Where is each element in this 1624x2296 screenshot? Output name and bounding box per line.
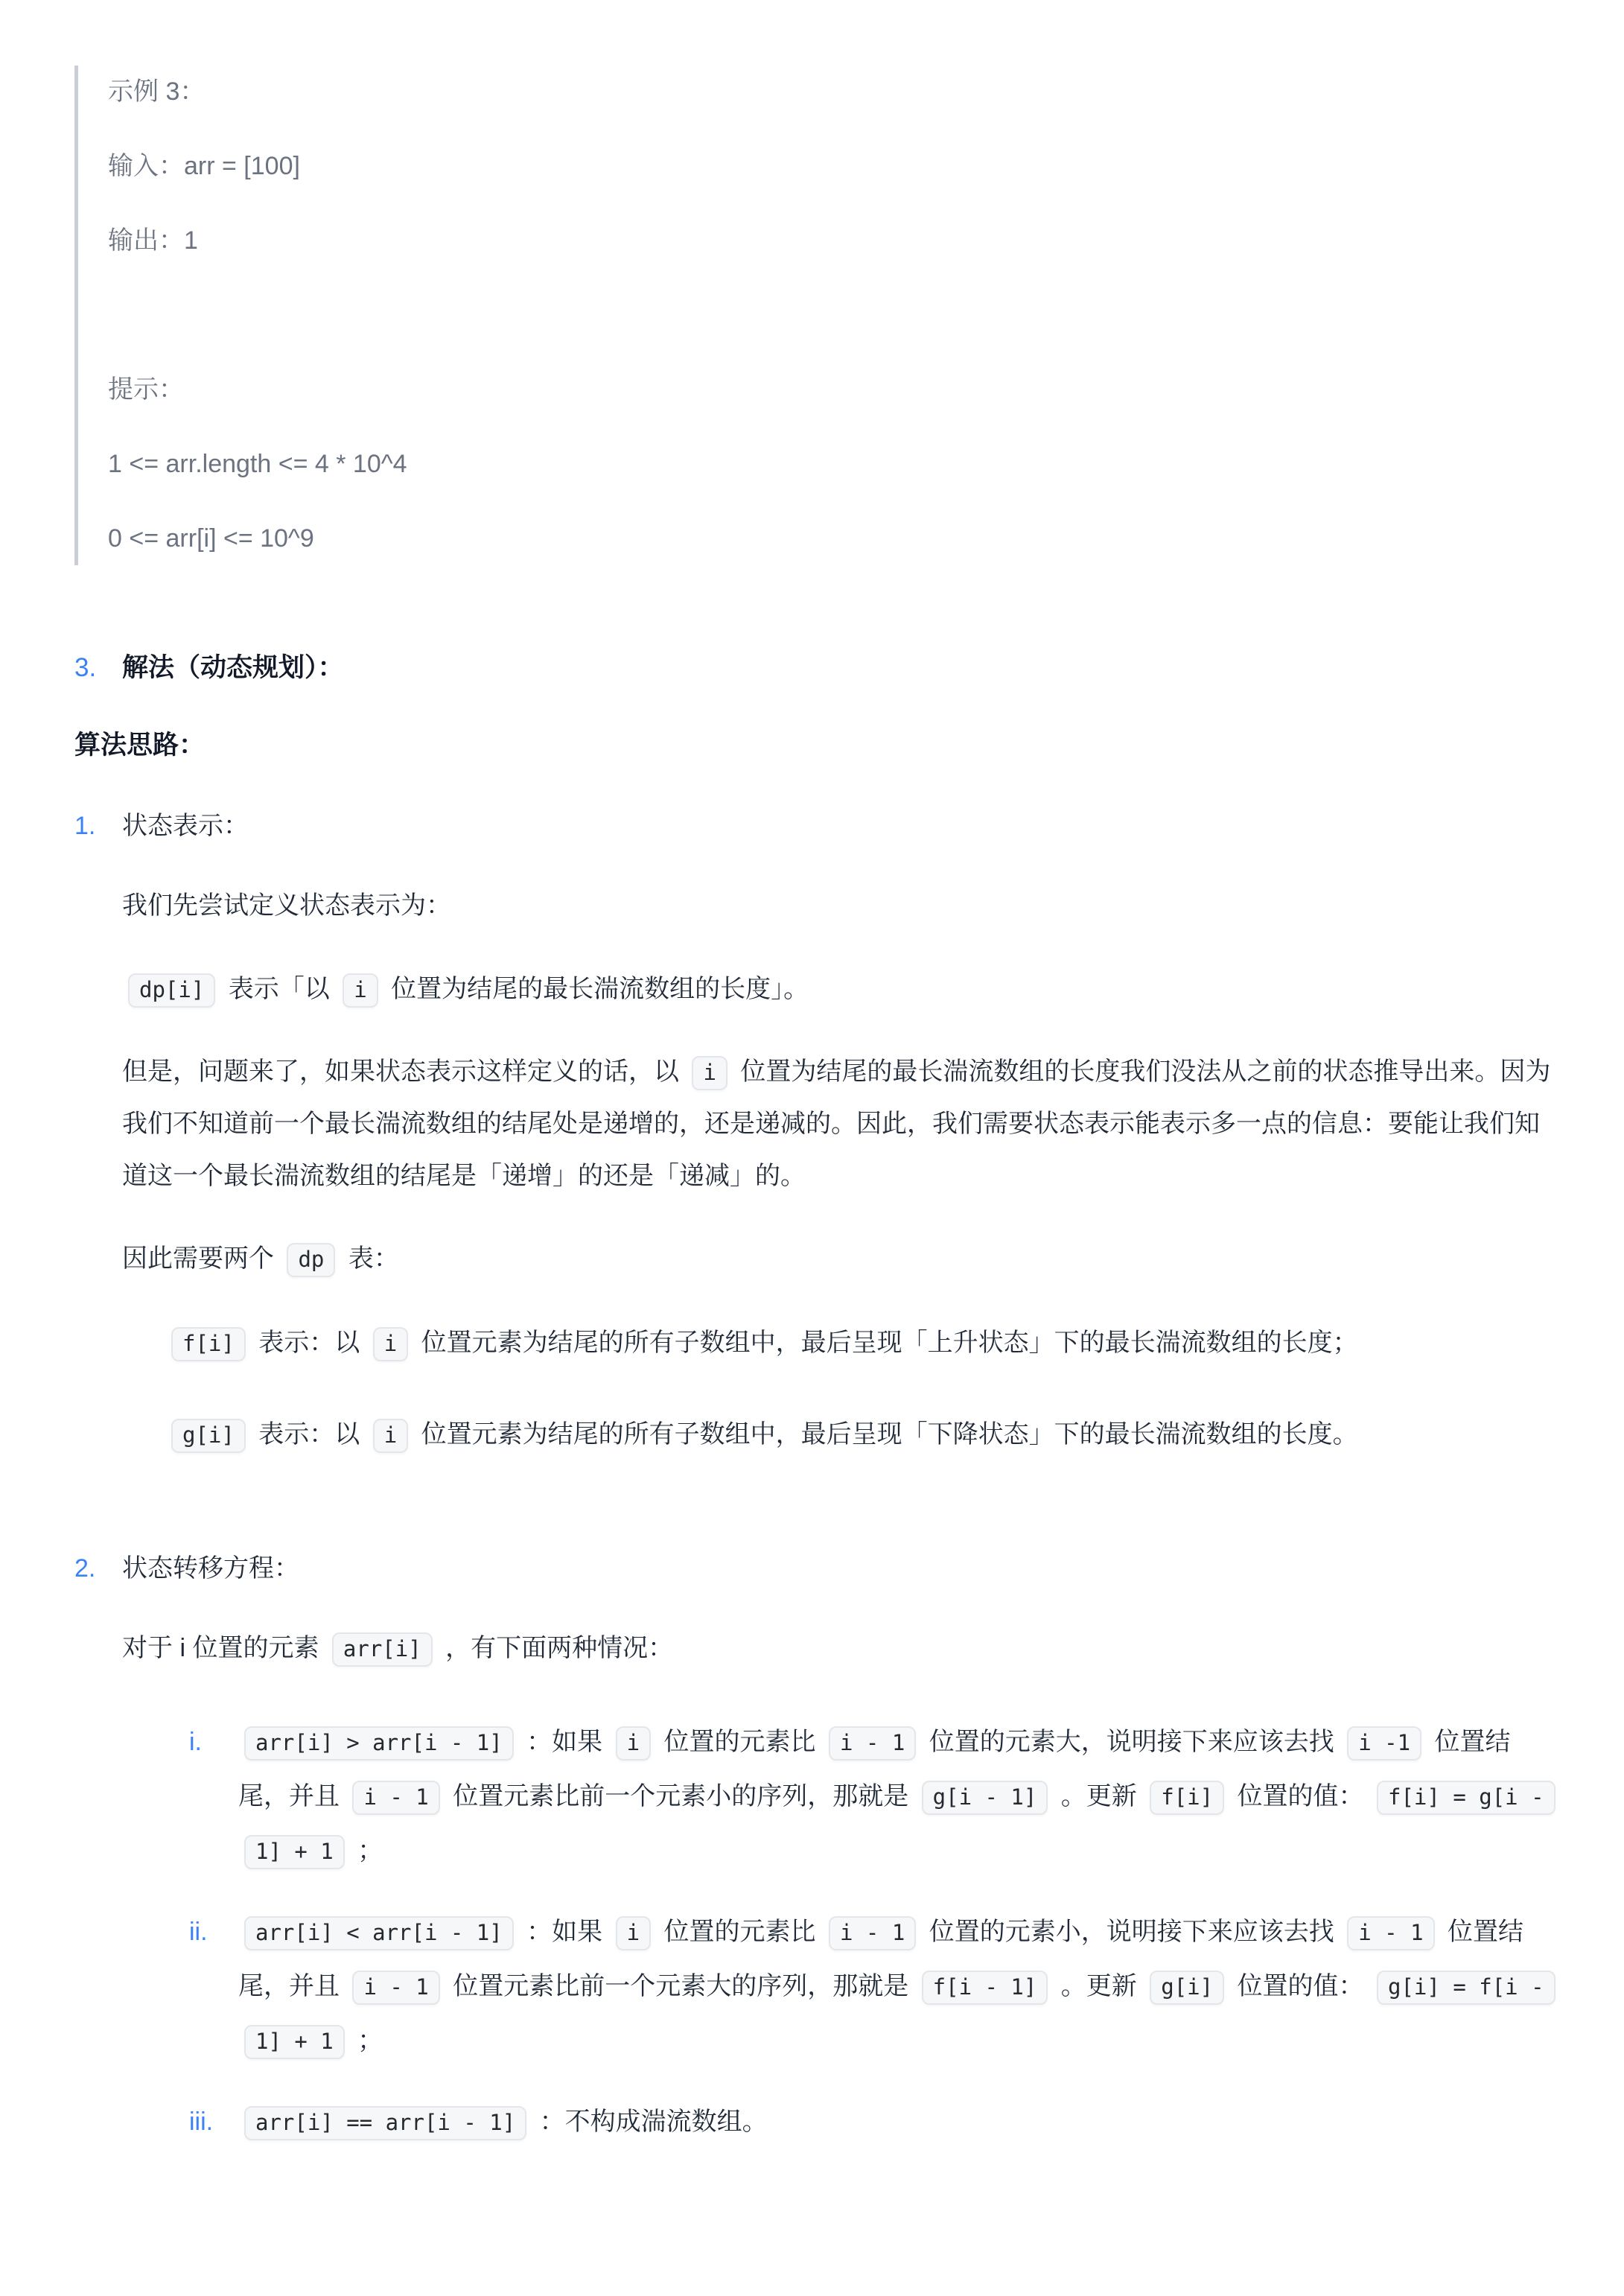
text-run: ，有下面两种情况：: [439, 1634, 673, 1662]
step-2-intro: 对于 i 位置的元素 arr[i] ，有下面两种情况：: [122, 1623, 1553, 1675]
text-run: ；: [351, 2026, 383, 2055]
inline-code: g[i]: [171, 1419, 246, 1453]
text-run: 。更新: [1054, 1972, 1144, 2000]
step-2-title: 状态转移方程：: [122, 1548, 1553, 1589]
case-marker: i.: [189, 1715, 238, 1878]
inline-code: i: [616, 1916, 651, 1950]
inline-code: i: [692, 1056, 727, 1090]
text-run: ：如果: [520, 1728, 610, 1756]
inline-code: arr[i] == arr[i - 1]: [244, 2106, 526, 2140]
example-blockquote: 示例 3：输入：arr = [100]输出：1 提示：1 <= arr.leng…: [74, 66, 1553, 565]
case-item: iii.arr[i] == arr[i - 1] ：不构成湍流数组。: [189, 2095, 1553, 2149]
inline-code: arr[i]: [332, 1632, 433, 1667]
algorithm-subheading: 算法思路：: [74, 726, 1553, 766]
text-run: 位置为结尾的最长湍流数组的长度」。: [384, 975, 809, 1003]
inline-code: i: [616, 1726, 651, 1761]
text-run: 。更新: [1054, 1782, 1144, 1810]
text-run: 位置元素为结尾的所有子数组中，最后呈现「上升状态」下的最长湍流数组的长度；: [414, 1329, 1357, 1357]
case-marker: ii.: [189, 1905, 238, 2068]
dp-tables-sublist: f[i] 表示：以 i 位置元素为结尾的所有子数组中，最后呈现「上升状态」下的最…: [165, 1317, 1553, 1462]
case-content: arr[i] < arr[i - 1] ：如果 i 位置的元素比 i - 1 位…: [238, 1905, 1553, 2068]
text-run: 位置的值：: [1230, 1782, 1371, 1810]
text-run: 表：: [341, 1244, 398, 1273]
text-run: 对于 i 位置的元素: [122, 1634, 326, 1662]
case-item: ii.arr[i] < arr[i - 1] ：如果 i 位置的元素比 i - …: [189, 1905, 1553, 2068]
step-1-paragraph-1: 我们先尝试定义状态表示为：: [122, 880, 1553, 932]
g-table-definition: g[i] 表示：以 i 位置元素为结尾的所有子数组中，最后呈现「下降状态」下的最…: [165, 1408, 1553, 1461]
quote-line: 提示：: [108, 371, 1553, 409]
quote-line: 1 <= arr.length <= 4 * 10^4: [108, 445, 1553, 483]
text-run: ：不构成湍流数组。: [532, 2108, 767, 2136]
step-1-title: 状态表示：: [122, 806, 1553, 846]
step-1-marker: 1.: [74, 806, 122, 846]
text-run: 表示：以: [252, 1420, 367, 1448]
inline-code: i - 1: [352, 1781, 439, 1815]
case-item: i.arr[i] > arr[i - 1] ：如果 i 位置的元素比 i - 1…: [189, 1715, 1553, 1878]
inline-code: f[i - 1]: [922, 1971, 1048, 2005]
step-1-row: 1. 状态表示：: [74, 806, 1553, 846]
text-run: 位置元素比前一个元素大的序列，那就是: [446, 1972, 916, 2000]
document-page: 示例 3：输入：arr = [100]输出：1 提示：1 <= arr.leng…: [0, 0, 1624, 2150]
inline-code: i: [373, 1419, 408, 1453]
text-run: 位置元素为结尾的所有子数组中，最后呈现「下降状态」下的最长湍流数组的长度。: [414, 1420, 1357, 1448]
quote-line: 0 <= arr[i] <= 10^9: [108, 520, 1553, 558]
text-run: 表示：以: [252, 1329, 367, 1357]
section-3-row: 3. 解法（动态规划）：: [74, 647, 1553, 689]
text-run: 位置的元素比: [657, 1918, 823, 1946]
case-marker: iii.: [189, 2095, 238, 2149]
case-content: arr[i] == arr[i - 1] ：不构成湍流数组。: [238, 2095, 1553, 2149]
step-1-paragraph-4: 因此需要两个 dp 表：: [122, 1233, 1553, 1285]
inline-code: f[i]: [171, 1327, 246, 1361]
inline-code: i - 1: [829, 1916, 916, 1950]
step-1-paragraph-2: dp[i] 表示「以 i 位置为结尾的最长湍流数组的长度」。: [122, 964, 1553, 1016]
quote-line: [108, 296, 1553, 334]
inline-code: arr[i] > arr[i - 1]: [244, 1726, 514, 1761]
text-run: 位置的值：: [1230, 1972, 1371, 2000]
quote-line: 输入：arr = [100]: [108, 147, 1553, 185]
inline-code: dp[i]: [128, 973, 215, 1008]
inline-code: g[i]: [1150, 1971, 1224, 2005]
step-2-body: 对于 i 位置的元素 arr[i] ，有下面两种情况： i.arr[i] > a…: [122, 1623, 1553, 2149]
case-content: arr[i] > arr[i - 1] ：如果 i 位置的元素比 i - 1 位…: [238, 1715, 1553, 1878]
text-run: ：如果: [520, 1918, 610, 1946]
text-run: ；: [351, 1837, 383, 1865]
quote-line: 输出：1: [108, 222, 1553, 260]
inline-code: i - 1: [352, 1971, 439, 2005]
inline-code: i - 1: [1347, 1916, 1434, 1950]
text-run: 位置的元素大，说明接下来应该去找: [922, 1728, 1341, 1756]
inline-code: dp: [287, 1243, 335, 1277]
section-3-title: 解法（动态规划）：: [122, 647, 1553, 689]
f-table-definition: f[i] 表示：以 i 位置元素为结尾的所有子数组中，最后呈现「上升状态」下的最…: [165, 1317, 1553, 1370]
text-run: 表示「以: [221, 975, 337, 1003]
step-1-body: 我们先尝试定义状态表示为： dp[i] 表示「以 i 位置为结尾的最长湍流数组的…: [122, 880, 1553, 1462]
inline-code: g[i - 1]: [922, 1781, 1048, 1815]
quote-line: 示例 3：: [108, 73, 1553, 111]
transition-cases-list: i.arr[i] > arr[i - 1] ：如果 i 位置的元素比 i - 1…: [189, 1715, 1553, 2150]
step-2-marker: 2.: [74, 1548, 122, 1589]
inline-code: i: [373, 1327, 408, 1361]
inline-code: arr[i] < arr[i - 1]: [244, 1916, 514, 1950]
text-run: 但是，问题来了，如果状态表示这样定义的话，以: [122, 1058, 686, 1086]
inline-code: i - 1: [829, 1726, 916, 1761]
inline-code: i -1: [1347, 1726, 1421, 1761]
text-run: 位置的元素比: [657, 1728, 823, 1756]
inline-code: i: [343, 973, 378, 1008]
step-1-paragraph-3: 但是，问题来了，如果状态表示这样定义的话，以 i 位置为结尾的最长湍流数组的长度…: [122, 1046, 1553, 1202]
text-run: 位置元素比前一个元素小的序列，那就是: [446, 1782, 916, 1810]
step-2-row: 2. 状态转移方程：: [74, 1548, 1553, 1589]
text-run: 位置的元素小，说明接下来应该去找: [922, 1918, 1341, 1946]
section-3-marker: 3.: [74, 647, 122, 689]
inline-code: f[i]: [1150, 1781, 1224, 1815]
text-run: 因此需要两个: [122, 1244, 281, 1273]
